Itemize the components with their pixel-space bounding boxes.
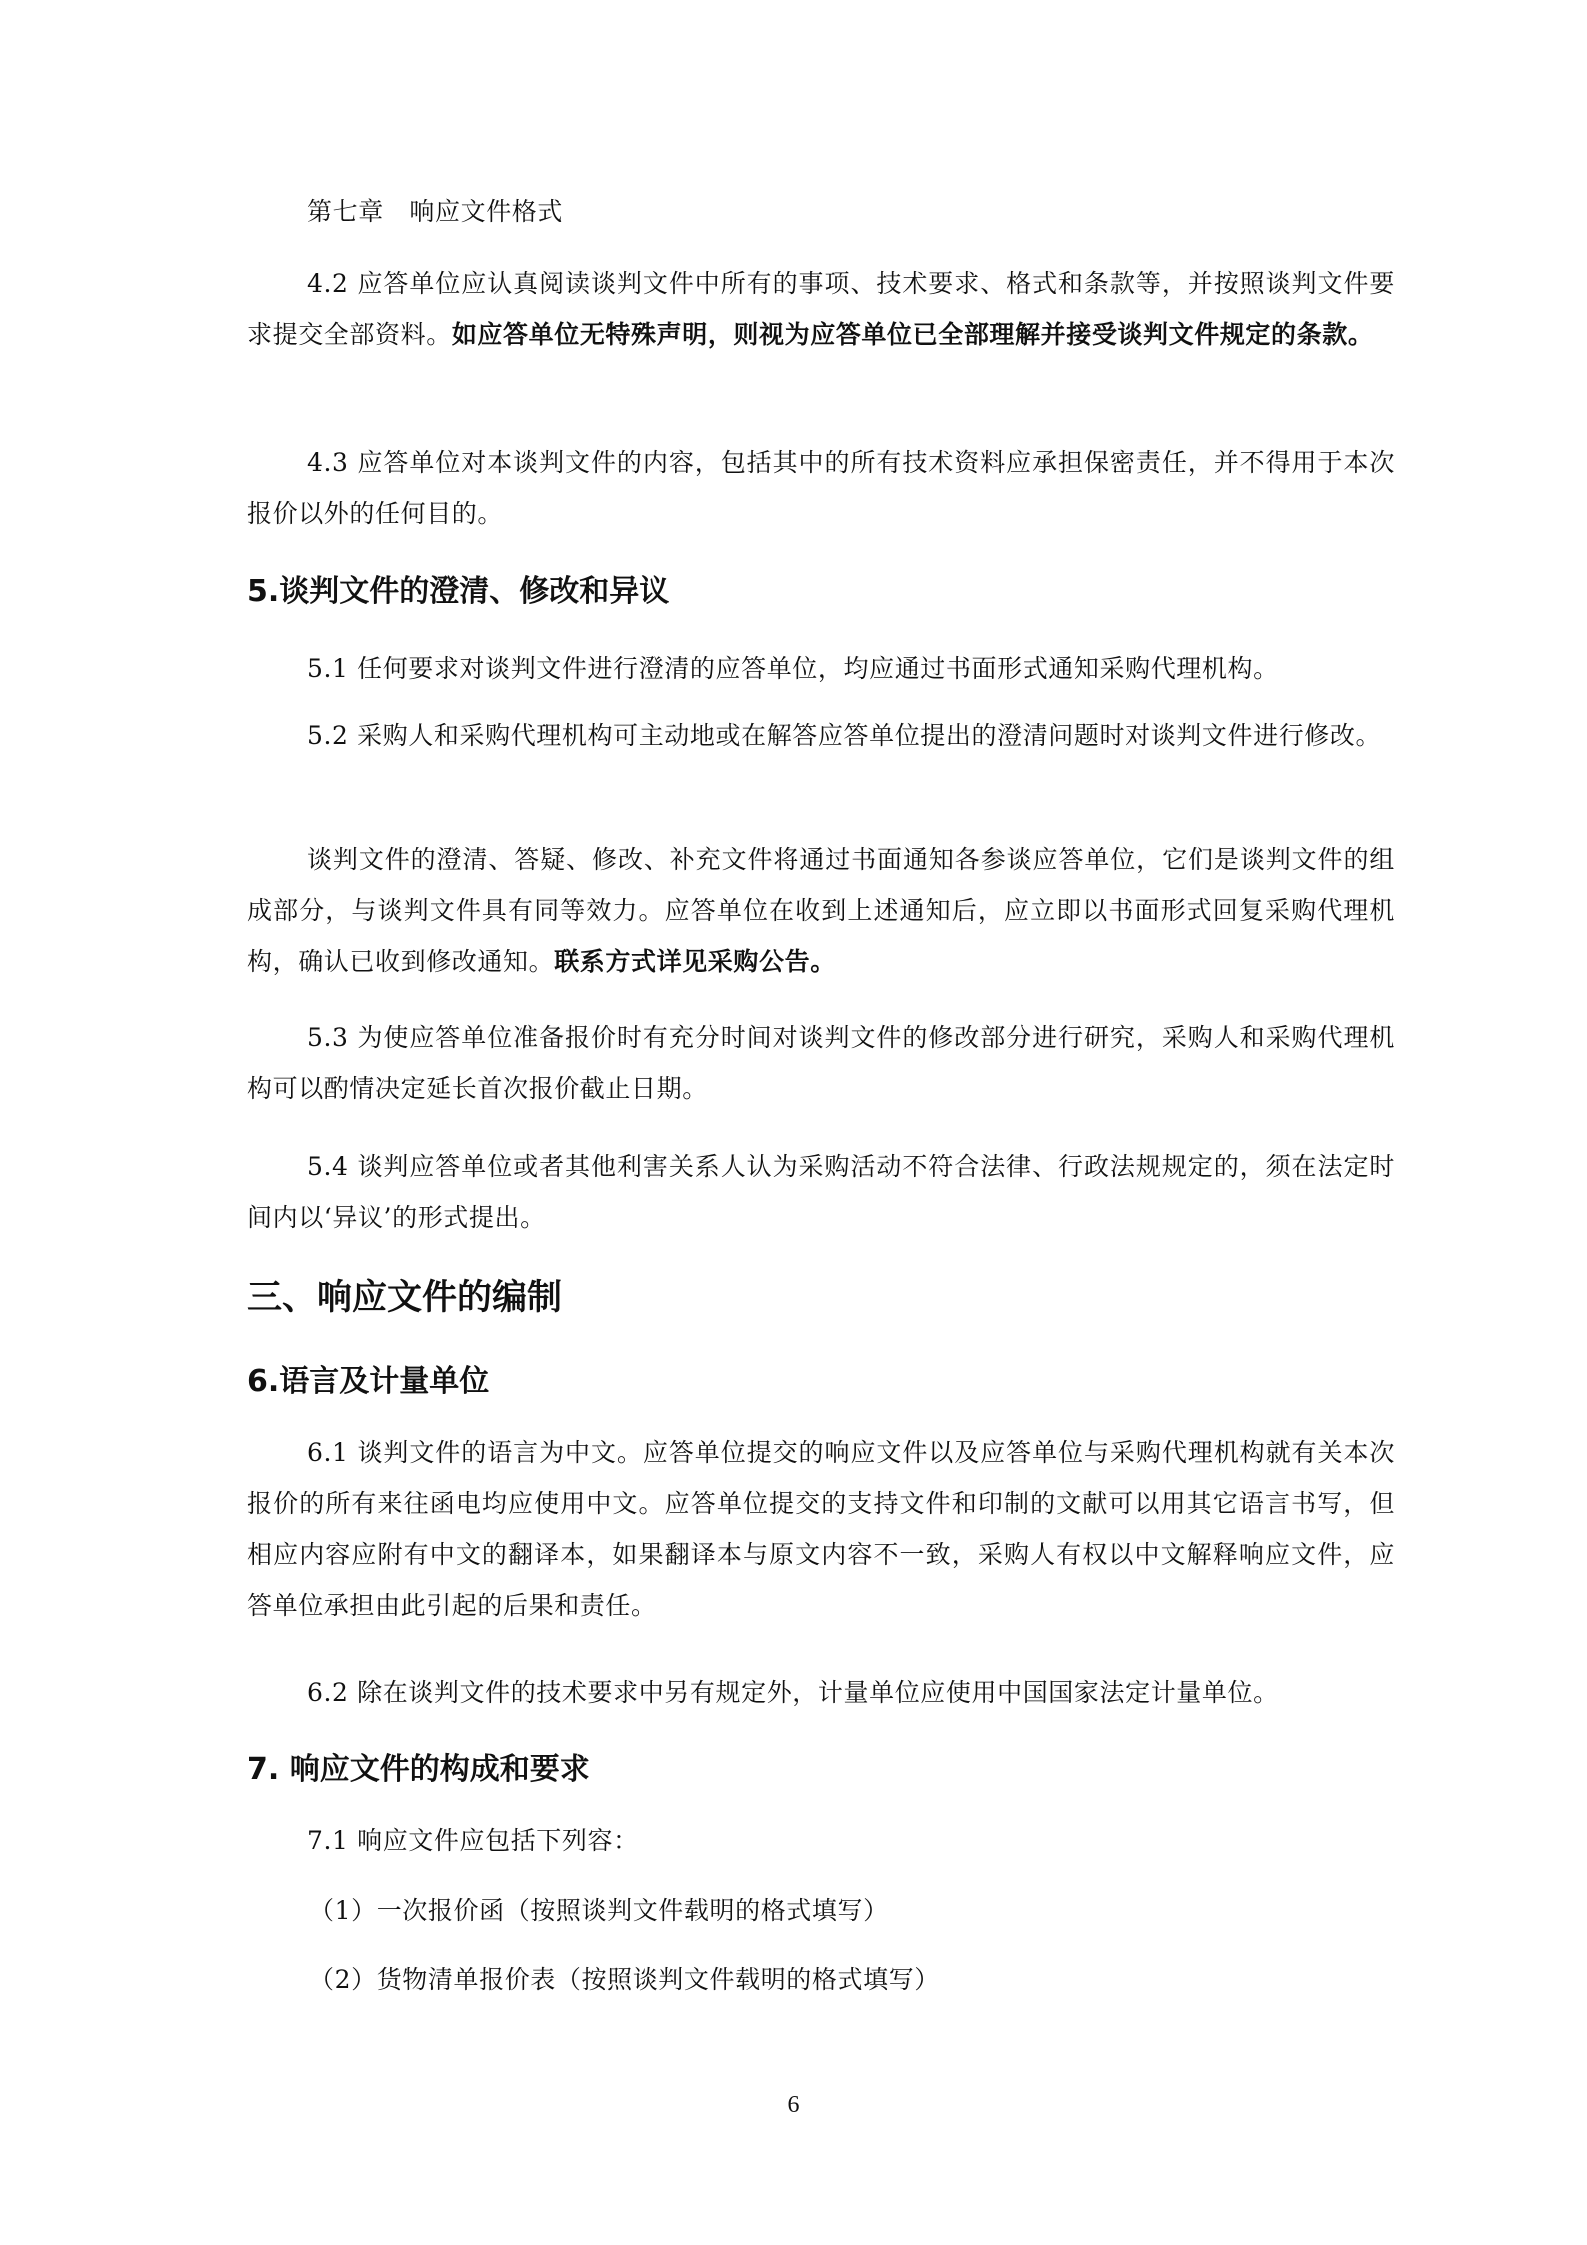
paragraph-7-1: 7.1 响应文件应包括下列容：: [247, 1815, 1395, 1866]
heading-section-7: 7. 响应文件的构成和要求: [247, 1750, 1395, 1790]
paragraph-5-4: 5.4 谈判应答单位或者其他利害关系人认为采购活动不符合法律、行政法规规定的，须…: [247, 1141, 1395, 1243]
paragraph-5-2-notice-bold: 联系方式详见采购公告。: [554, 947, 836, 976]
paragraph-5-1: 5.1 任何要求对谈判文件进行澄清的应答单位，均应通过书面形式通知采购代理机构。: [247, 643, 1395, 694]
heading-part-3: 三、响应文件的编制: [247, 1275, 1395, 1321]
chapter-header: 第七章 响应文件格式: [247, 186, 1395, 237]
paragraph-6-2: 6.2 除在谈判文件的技术要求中另有规定外，计量单位应使用中国国家法定计量单位。: [247, 1667, 1395, 1718]
paragraph-4-2: 4.2 应答单位应认真阅读谈判文件中所有的事项、技术要求、格式和条款等，并按照谈…: [247, 258, 1395, 360]
heading-section-6: 6.语言及计量单位: [247, 1362, 1395, 1402]
list-item-2: （2）货物清单报价表（按照谈判文件载明的格式填写）: [247, 1960, 1457, 2000]
paragraph-4-3: 4.3 应答单位对本谈判文件的内容，包括其中的所有技术资料应承担保密责任，并不得…: [247, 437, 1395, 539]
paragraph-4-2-bold: 如应答单位无特殊声明，则视为应答单位已全部理解并接受谈判文件规定的条款。: [452, 320, 1374, 349]
paragraph-6-1: 6.1 谈判文件的语言为中文。应答单位提交的响应文件以及应答单位与采购代理机构就…: [247, 1427, 1395, 1631]
heading-section-5: 5.谈判文件的澄清、修改和异议: [247, 572, 1395, 612]
page-number: 6: [0, 2092, 1587, 2119]
paragraph-5-3: 5.3 为使应答单位准备报价时有充分时间对谈判文件的修改部分进行研究，采购人和采…: [247, 1012, 1395, 1114]
paragraph-5-2: 5.2 采购人和采购代理机构可主动地或在解答应答单位提出的澄清问题时对谈判文件进…: [247, 710, 1395, 761]
chapter-header-text: 第七章 响应文件格式: [307, 197, 563, 226]
document-page: 第七章 响应文件格式 4.2 应答单位应认真阅读谈判文件中所有的事项、技术要求、…: [0, 0, 1587, 2245]
paragraph-5-2-notice: 谈判文件的澄清、答疑、修改、补充文件将通过书面通知各参谈应答单位，它们是谈判文件…: [247, 834, 1395, 987]
list-item-1: （1）一次报价函（按照谈判文件载明的格式填写）: [247, 1891, 1457, 1931]
